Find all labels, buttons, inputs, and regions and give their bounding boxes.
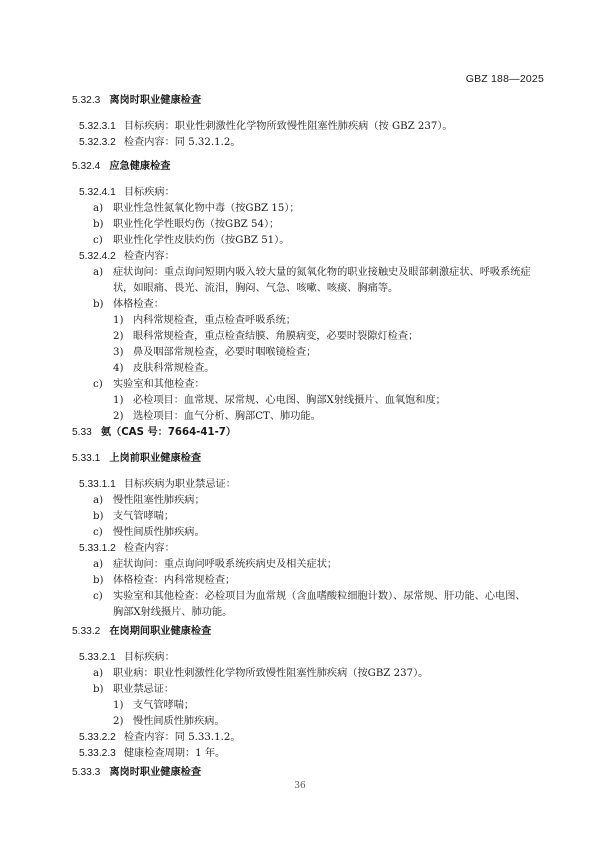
line-text: 职业禁忌证：: [113, 684, 174, 695]
clause: 5.33.1.1目标疾病为职业禁忌证：: [79, 478, 236, 491]
clause-number: 5.33.3: [72, 766, 100, 779]
line-text: 眼科常规检查，重点检查结膜、角膜病变，必要时裂隙灯检查；: [133, 331, 418, 342]
line-text: 体格检查：内科常规检查；: [113, 575, 235, 586]
line-text: 慢性间质性肺疾病。: [113, 527, 205, 538]
line-text: 必检项目：血常规、尿常规、心电图、胸部X射线摄片、血氧饱和度；: [133, 395, 446, 406]
line-text: 氨（CAS 号：7664-41-7）: [101, 427, 236, 438]
section-heading: 5.32.3离岗时职业健康检查: [72, 94, 201, 107]
line-text: 健康检查周期：1 年。: [124, 748, 225, 759]
list-marker: 3): [113, 346, 133, 359]
list-item: b)职业性化学性眼灼伤（按GBZ 54）；: [93, 218, 279, 231]
line-text: 上岗前职业健康检查: [109, 453, 201, 464]
list-marker: 2): [113, 330, 133, 343]
document-id-header: GBZ 188—2025: [466, 73, 544, 85]
list-item: a)职业性急性氮氧化物中毒（按GBZ 15）；: [93, 202, 300, 215]
clause: 5.33.2.2检查内容：同 5.33.1.2。: [79, 731, 241, 744]
line-text: 目标疾病为职业禁忌证：: [124, 479, 236, 490]
clause-number: 5.32.3.2: [79, 136, 116, 149]
clause-number: 5.32.4: [72, 160, 100, 173]
clause-number: 5.32.4.2: [79, 250, 116, 263]
list-item: 4)皮肤科常规检查。: [113, 362, 215, 375]
line-text: 症状询问：重点询问短期内吸入较大量的氮氧化物的职业接触史及眼部刺激症状、呼吸系统…: [113, 267, 531, 278]
list-item: 1)必检项目：血常规、尿常规、心电图、胸部X射线摄片、血氧饱和度；: [113, 394, 446, 407]
section-heading: 5.33.1上岗前职业健康检查: [72, 452, 201, 465]
clause-number: 5.33.1.2: [79, 542, 116, 555]
clause-number: 5.32.3.1: [79, 120, 116, 133]
clause: 5.32.3.1目标疾病：职业性刺激性化学物所致慢性阻塞性肺疾病（按 GBZ 2…: [79, 120, 453, 133]
clause-number: 5.33.1: [72, 452, 100, 465]
list-marker: c): [93, 526, 113, 539]
line-text: 目标疾病：职业性刺激性化学物所致慢性阻塞性肺疾病（按 GBZ 237）。: [124, 121, 453, 132]
line-text: 在岗期间职业健康检查: [109, 626, 211, 637]
line-text: 支气管哮喘；: [113, 511, 174, 522]
list-item: 3)鼻及咽部常规检查，必要时咽喉镜检查；: [113, 346, 316, 359]
list-marker: b): [93, 298, 113, 311]
list-marker: 1): [113, 394, 133, 407]
list-item: 2)选检项目：血气分析、胸部CT、肺功能。: [113, 410, 321, 423]
clause-number: 5.33.2.3: [79, 747, 116, 760]
clause: 5.32.4.2检查内容：: [79, 250, 175, 263]
clause: 5.33.1.2检查内容：: [79, 542, 175, 555]
list-item: 2)眼科常规检查，重点检查结膜、角膜病变，必要时裂隙灯检查；: [113, 330, 418, 343]
clause-number: 5.33: [72, 426, 92, 439]
line-text: 体格检查：: [113, 299, 164, 310]
clause-number: 5.32.3: [72, 94, 100, 107]
list-marker: 1): [113, 699, 133, 712]
list-item: a)职业病：职业性刺激性化学物所致慢性阻塞性肺疾病（按GBZ 237）。: [93, 667, 428, 680]
list-item: a)症状询问：重点询问短期内吸入较大量的氮氧化物的职业接触史及眼部刺激症状、呼吸…: [93, 266, 531, 279]
list-item: 1)内科常规检查，重点检查呼吸系统；: [113, 314, 296, 327]
clause-number: 5.33.2.2: [79, 731, 116, 744]
line-text: 离岗时职业健康检查: [109, 95, 201, 106]
line-text: 检查内容：: [124, 543, 175, 554]
list-item: c)实验室和其他检查：必检项目为血常规（含血嗜酸粒细胞计数）、尿常规、肝功能、心…: [93, 590, 526, 603]
line-text: 症状询问：重点询问呼吸系统疾病史及相关症状；: [113, 559, 337, 570]
line-text: 职业病：职业性刺激性化学物所致慢性阻塞性肺疾病（按GBZ 237）。: [113, 668, 428, 679]
list-item: c)慢性间质性肺疾病。: [93, 526, 205, 539]
line-text: 慢性间质性肺疾病。: [133, 716, 225, 727]
list-item: 2)慢性间质性肺疾病。: [113, 715, 225, 728]
line-text: 胸部X射线摄片、肺功能。: [113, 607, 232, 618]
list-marker: b): [93, 683, 113, 696]
line-text: 目标疾病：: [124, 652, 175, 663]
clause-number: 5.32.4.1: [79, 186, 116, 199]
list-item: 胸部X射线摄片、肺功能。: [113, 606, 232, 619]
list-marker: a): [93, 667, 113, 680]
clause-number: 5.33.1.1: [79, 478, 116, 491]
list-item: 状，如眼痛、畏光、流泪，胸闷、气急、咳嗽、咳痰、胸痛等。: [113, 282, 398, 295]
list-item: 1)支气管哮喘；: [113, 699, 194, 712]
list-marker: 4): [113, 362, 133, 375]
clause: 5.33.2.1目标疾病：: [79, 651, 175, 664]
list-item: a)慢性阻塞性肺疾病；: [93, 494, 205, 507]
clause-number: 5.33.2: [72, 625, 100, 638]
clause: 5.32.4.1目标疾病：: [79, 186, 175, 199]
line-text: 职业性化学性皮肤灼伤（按GBZ 51）。: [113, 235, 289, 246]
section-heading: 5.33.2在岗期间职业健康检查: [72, 625, 211, 638]
list-marker: 2): [113, 410, 133, 423]
list-item: b)职业禁忌证：: [93, 683, 174, 696]
section-heading: 5.33.3离岗时职业健康检查: [72, 766, 201, 779]
list-marker: 2): [113, 715, 133, 728]
line-text: 鼻及咽部常规检查，必要时咽喉镜检查；: [133, 347, 316, 358]
list-item: a)症状询问：重点询问呼吸系统疾病史及相关症状；: [93, 558, 337, 571]
clause: 5.32.3.2检查内容：同 5.32.1.2。: [79, 136, 241, 149]
line-text: 检查内容：同 5.32.1.2。: [124, 137, 241, 148]
page-number: 36: [0, 781, 600, 791]
line-text: 实验室和其他检查：: [113, 379, 205, 390]
list-item: b)体格检查：: [93, 298, 164, 311]
list-marker: b): [93, 574, 113, 587]
list-marker: a): [93, 266, 113, 279]
list-marker: a): [93, 558, 113, 571]
line-text: 皮肤科常规检查。: [133, 363, 215, 374]
clause-number: 5.33.2.1: [79, 651, 116, 664]
section-heading: 5.32.4应急健康检查: [72, 160, 170, 173]
list-item: c)职业性化学性皮肤灼伤（按GBZ 51）。: [93, 234, 289, 247]
list-marker: c): [93, 378, 113, 391]
list-marker: 1): [113, 314, 133, 327]
line-text: 离岗时职业健康检查: [109, 767, 201, 778]
section-heading: 5.33氨（CAS 号：7664-41-7）: [72, 426, 236, 439]
line-text: 慢性阻塞性肺疾病；: [113, 495, 205, 506]
list-item: c)实验室和其他检查：: [93, 378, 205, 391]
list-marker: c): [93, 234, 113, 247]
list-marker: c): [93, 590, 113, 603]
line-text: 选检项目：血气分析、胸部CT、肺功能。: [133, 411, 321, 422]
line-text: 应急健康检查: [109, 161, 170, 172]
line-text: 内科常规检查，重点检查呼吸系统；: [133, 315, 296, 326]
list-marker: a): [93, 494, 113, 507]
clause: 5.33.2.3健康检查周期：1 年。: [79, 747, 225, 760]
line-text: 检查内容：: [124, 251, 175, 262]
line-text: 实验室和其他检查：必检项目为血常规（含血嗜酸粒细胞计数）、尿常规、肝功能、心电图…: [113, 591, 526, 602]
list-item: b)体格检查：内科常规检查；: [93, 574, 235, 587]
list-marker: b): [93, 510, 113, 523]
line-text: 检查内容：同 5.33.1.2。: [124, 732, 241, 743]
list-marker: b): [93, 218, 113, 231]
line-text: 职业性急性氮氧化物中毒（按GBZ 15）；: [113, 203, 300, 214]
list-item: b)支气管哮喘；: [93, 510, 174, 523]
line-text: 支气管哮喘；: [133, 700, 194, 711]
line-text: 职业性化学性眼灼伤（按GBZ 54）；: [113, 219, 279, 230]
line-text: 状，如眼痛、畏光、流泪，胸闷、气急、咳嗽、咳痰、胸痛等。: [113, 283, 398, 294]
list-marker: a): [93, 202, 113, 215]
line-text: 目标疾病：: [124, 187, 175, 198]
